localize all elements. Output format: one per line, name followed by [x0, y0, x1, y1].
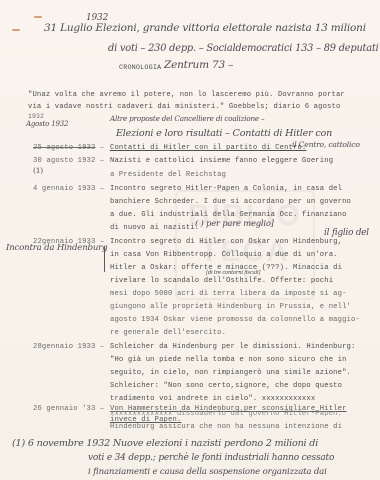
entry-line: tradimento voi andrete in cielo". xxxxxx…: [110, 395, 315, 403]
entry-line: Schleicher: "Non sono certo,signore, che…: [110, 382, 342, 390]
entry-dash: –: [100, 157, 104, 165]
entry-line: Nazisti e cattolici insieme fanno elegge…: [110, 157, 333, 165]
entry-line: mesi dopo 5000 acri di terra libera da i…: [110, 290, 347, 298]
entry-date: 26 gennaio '33: [33, 405, 96, 413]
quote-line-2: via i vadave nostri cadaveri dai ministe…: [28, 103, 340, 111]
entry-line: Schleicher da Hindenburg per le dimissio…: [110, 343, 355, 351]
entry-line: agosto 1934 Oskar viene promosso da colo…: [110, 316, 360, 324]
handwritten-footnote-line2: voti e 34 depp.; perchè le fonti industr…: [88, 453, 334, 463]
handwritten-header-line2: di voti – 230 depp. – Socialdemocratici …: [108, 43, 379, 54]
entry-line: a Presidente del Reichstag: [110, 171, 226, 179]
entry-line: re generale dell'esercito.: [110, 329, 226, 337]
handwritten-note-a: Altre proposte del Cancelliere di coaliz…: [110, 114, 264, 123]
entry-dash: –: [100, 405, 104, 413]
entry-line: Incontro segreto Hitler-Papen a Colonia,…: [110, 185, 342, 193]
handwritten-title-suffix: Zentrum 73 –: [164, 59, 233, 71]
entry-dash: –: [100, 185, 104, 193]
entry-date: 30 agosto 1932: [33, 157, 96, 165]
entry-line: di nuovo ai nazisti.: [110, 224, 199, 232]
handwritten-note-b: Elezioni e loro risultati – Contatti di …: [116, 128, 332, 139]
entry-line: Contatti di Hitler con il partito di Cen…: [110, 144, 306, 152]
handwritten-hindenburg-note: Incontra da Hindenburg: [6, 243, 107, 253]
handwritten-centro: il Centro, cattolico: [292, 140, 360, 149]
handwritten-header-line1: 31 Luglio Elezioni, grande vittoria elet…: [44, 22, 366, 34]
entry-date: 28gennaio 1933: [33, 343, 96, 351]
handwritten-osthilfe-note: [di tre contorni fiscali]: [206, 270, 260, 276]
entry-line: in casa Von Ribbentropp. Colloquio a due…: [110, 251, 338, 259]
entry-dash: –: [100, 144, 104, 152]
margin-mark: [34, 16, 42, 18]
handwritten-footnote-line1: (1) 6 novembre 1932 Nuove elezioni i naz…: [12, 438, 318, 449]
entry-line: Incontro segreto di Hitler con Oskar von…: [110, 238, 342, 246]
entry-line: "Ho già un piede nella tomba e non sono …: [110, 356, 347, 364]
quote-line-1: "Unaz volta che avremo il potere, non lo…: [28, 91, 345, 99]
entry-line: rivelare lo scandalo dell'Osthilfe. Offe…: [110, 277, 333, 285]
footnote-marker: (1): [33, 166, 43, 175]
margin-bracket: [104, 246, 105, 272]
handwritten-figlio: il figlio del: [324, 228, 369, 238]
entry-dash: –: [100, 343, 104, 351]
handwritten-margin-date: Agosto 1932: [26, 120, 68, 128]
handwritten-footnote-line3: i finanziamenti e causa della sospension…: [88, 467, 327, 477]
entry-line: giungono alle proprietà Hindenburg in Pr…: [110, 303, 351, 311]
margin-mark: [12, 29, 20, 31]
handwritten-meglio: ( ) per pare meglio]: [195, 218, 274, 228]
quote-line-3: 1932: [28, 113, 44, 120]
entry-line: banchiere Schroeder. I due si accordano …: [110, 198, 351, 206]
entry-date: 4 gennaio 1933: [33, 185, 96, 193]
page-title: CRONOLOGIA: [119, 64, 161, 72]
entry-line: seguito, in cielo, non rimpiangerò una s…: [110, 369, 351, 377]
document-page: BIBLIOTECA 1932 31 Luglio Elezioni, gran…: [0, 0, 380, 480]
entry-date: 25 agosto 1932: [33, 144, 96, 152]
entry-continuation: Hindenburg assicura che non ha nessuna i…: [110, 423, 342, 431]
